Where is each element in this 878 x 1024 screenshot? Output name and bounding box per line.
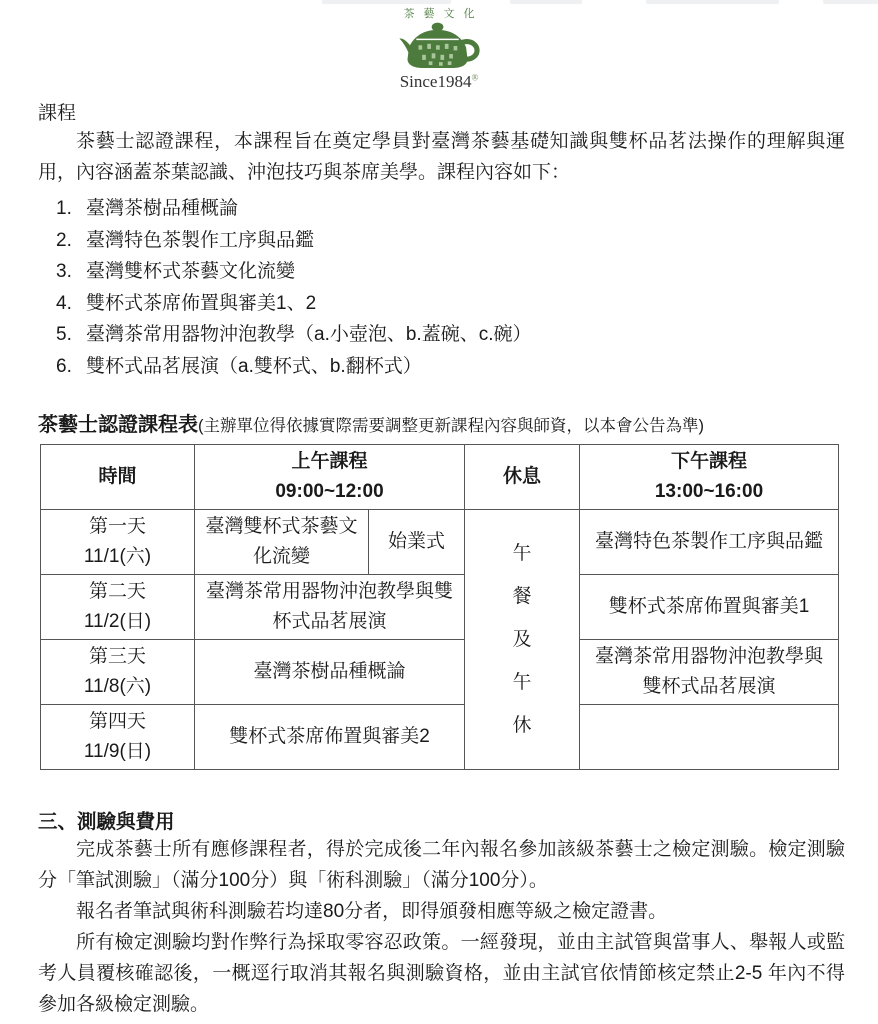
- day-cell: 第一天 11/1(六): [41, 510, 195, 575]
- header-afternoon-label: 下午課程: [588, 447, 830, 477]
- day-label: 第二天: [49, 577, 186, 607]
- day-cell: 第四天 11/9(日): [41, 705, 195, 770]
- day-label: 第三天: [49, 642, 186, 672]
- course-intro-paragraph: 茶藝士認證課程，本課程旨在奠定學員對臺灣茶藝基礎知識與雙杯品茗法操作的理解與運用…: [38, 126, 845, 188]
- logo-brand-text: 茶藝文化: [0, 9, 878, 20]
- header-morning: 上午課程 09:00~12:00: [195, 445, 465, 510]
- list-item-number: 6.: [56, 351, 78, 383]
- morning-course-cell: 臺灣茶樹品種概論: [195, 640, 465, 705]
- schedule-row-day2: 第二天 11/2(日) 臺灣茶常用器物沖泡教學與雙杯式品茗展演 雙杯式茶席佈置與…: [41, 575, 839, 640]
- header-afternoon: 下午課程 13:00~16:00: [580, 445, 839, 510]
- logo-since-text: Since1984®: [400, 73, 479, 90]
- header-break: 休息: [465, 445, 580, 510]
- morning-course-cell: 臺灣茶常用器物沖泡教學與雙杯式品茗展演: [195, 575, 465, 640]
- list-item: 1.臺灣茶樹品種概論: [56, 193, 845, 225]
- schedule-title-main: 茶藝士認證課程表: [38, 414, 198, 436]
- registered-trademark-icon: ®: [471, 72, 478, 82]
- morning-side-cell: 始業式: [369, 510, 465, 575]
- afternoon-course-cell: 臺灣特色茶製作工序與品鑑: [580, 510, 839, 575]
- list-item: 5.臺灣茶常用器物沖泡教學（a.小壺泡、b.蓋碗、c.碗）: [56, 319, 845, 351]
- list-item-text: 臺灣茶樹品種概論: [78, 193, 238, 225]
- list-item-text: 臺灣特色茶製作工序與品鑑: [78, 225, 314, 257]
- afternoon-course-cell: 臺灣茶常用器物沖泡教學與雙杯式品茗展演: [580, 640, 839, 705]
- list-item: 2.臺灣特色茶製作工序與品鑑: [56, 225, 845, 257]
- list-item-number: 1.: [56, 193, 78, 225]
- organization-logo: 茶藝文化 Since1984®: [0, 0, 878, 91]
- afternoon-course-cell: [580, 705, 839, 770]
- lunch-break-cell: 午餐及午休: [465, 510, 580, 770]
- lunch-break-vertical-text: 午餐及午休: [510, 532, 534, 747]
- day-cell: 第三天 11/8(六): [41, 640, 195, 705]
- exam-section-heading: 三、測驗與費用: [38, 806, 845, 834]
- cropped-ui-fragment: [510, 0, 582, 4]
- course-topic-list: 1.臺灣茶樹品種概論 2.臺灣特色茶製作工序與品鑑 3.臺灣雙杯式茶藝文化流變 …: [38, 193, 845, 382]
- list-item-text: 臺灣茶常用器物沖泡教學（a.小壺泡、b.蓋碗、c.碗）: [78, 319, 531, 351]
- teapot-icon: [398, 21, 480, 71]
- date-label: 11/2(日): [49, 607, 186, 637]
- day-label: 第四天: [49, 707, 186, 737]
- list-item: 6.雙杯式品茗展演（a.雙杯式、b.翻杯式）: [56, 351, 845, 383]
- schedule-row-day4: 第四天 11/9(日) 雙杯式茶席佈置與審美2: [41, 705, 839, 770]
- schedule-title-note: (主辦單位得依據實際需要調整更新課程內容與師資，以本會公告為準): [198, 417, 704, 435]
- course-schedule-table: 時間 上午課程 09:00~12:00 休息 下午課程 13:00~16:00 …: [40, 444, 839, 770]
- list-item-number: 5.: [56, 319, 78, 351]
- morning-course-cell: 臺灣雙杯式茶藝文化流變: [195, 510, 369, 575]
- date-label: 11/9(日): [49, 737, 186, 767]
- header-morning-hours: 09:00~12:00: [203, 477, 456, 507]
- header-afternoon-hours: 13:00~16:00: [588, 477, 830, 507]
- cropped-ui-fragment: [322, 0, 451, 4]
- list-item-number: 2.: [56, 225, 78, 257]
- exam-paragraph: 報名者筆試與術科測驗若均達80分者，即得頒發相應等級之檢定證書。: [38, 896, 845, 927]
- morning-course-cell: 雙杯式茶席佈置與審美2: [195, 705, 465, 770]
- day-cell: 第二天 11/2(日): [41, 575, 195, 640]
- list-item-text: 臺灣雙杯式茶藝文化流變: [78, 256, 295, 288]
- list-item: 4.雙杯式茶席佈置與審美1、2: [56, 288, 845, 320]
- list-item-text: 雙杯式茶席佈置與審美1、2: [78, 288, 316, 320]
- course-section-label: 課程: [38, 98, 845, 125]
- since-year: Since1984: [400, 72, 472, 91]
- exam-paragraph: 所有檢定測驗均對作弊行為採取零容忍政策。一經發現，並由主試管與當事人、舉報人或監…: [38, 927, 845, 1020]
- header-time: 時間: [41, 445, 195, 510]
- list-item-number: 3.: [56, 256, 78, 288]
- schedule-table-title: 茶藝士認證課程表(主辦單位得依據實際需要調整更新課程內容與師資，以本會公告為準): [38, 408, 845, 437]
- list-item: 3.臺灣雙杯式茶藝文化流變: [56, 256, 845, 288]
- list-item-number: 4.: [56, 288, 78, 320]
- date-label: 11/8(六): [49, 672, 186, 702]
- afternoon-course-cell: 雙杯式茶席佈置與審美1: [580, 575, 839, 640]
- cropped-ui-fragment: [646, 0, 779, 4]
- schedule-row-day3: 第三天 11/8(六) 臺灣茶樹品種概論 臺灣茶常用器物沖泡教學與雙杯式品茗展演: [41, 640, 839, 705]
- cropped-ui-fragment: [823, 0, 878, 4]
- list-item-text: 雙杯式品茗展演（a.雙杯式、b.翻杯式）: [78, 351, 422, 383]
- exam-paragraph: 完成茶藝士所有應修課程者，得於完成後二年內報名參加該級茶藝士之檢定測驗。檢定測驗…: [38, 834, 845, 896]
- day-label: 第一天: [49, 512, 186, 542]
- date-label: 11/1(六): [49, 542, 186, 572]
- schedule-header-row: 時間 上午課程 09:00~12:00 休息 下午課程 13:00~16:00: [41, 445, 839, 510]
- header-morning-label: 上午課程: [203, 447, 456, 477]
- document-body: 課程 茶藝士認證課程，本課程旨在奠定學員對臺灣茶藝基礎知識與雙杯品茗法操作的理解…: [0, 98, 878, 1020]
- schedule-row-day1: 第一天 11/1(六) 臺灣雙杯式茶藝文化流變 始業式 午餐及午休 臺灣特色茶製…: [41, 510, 839, 575]
